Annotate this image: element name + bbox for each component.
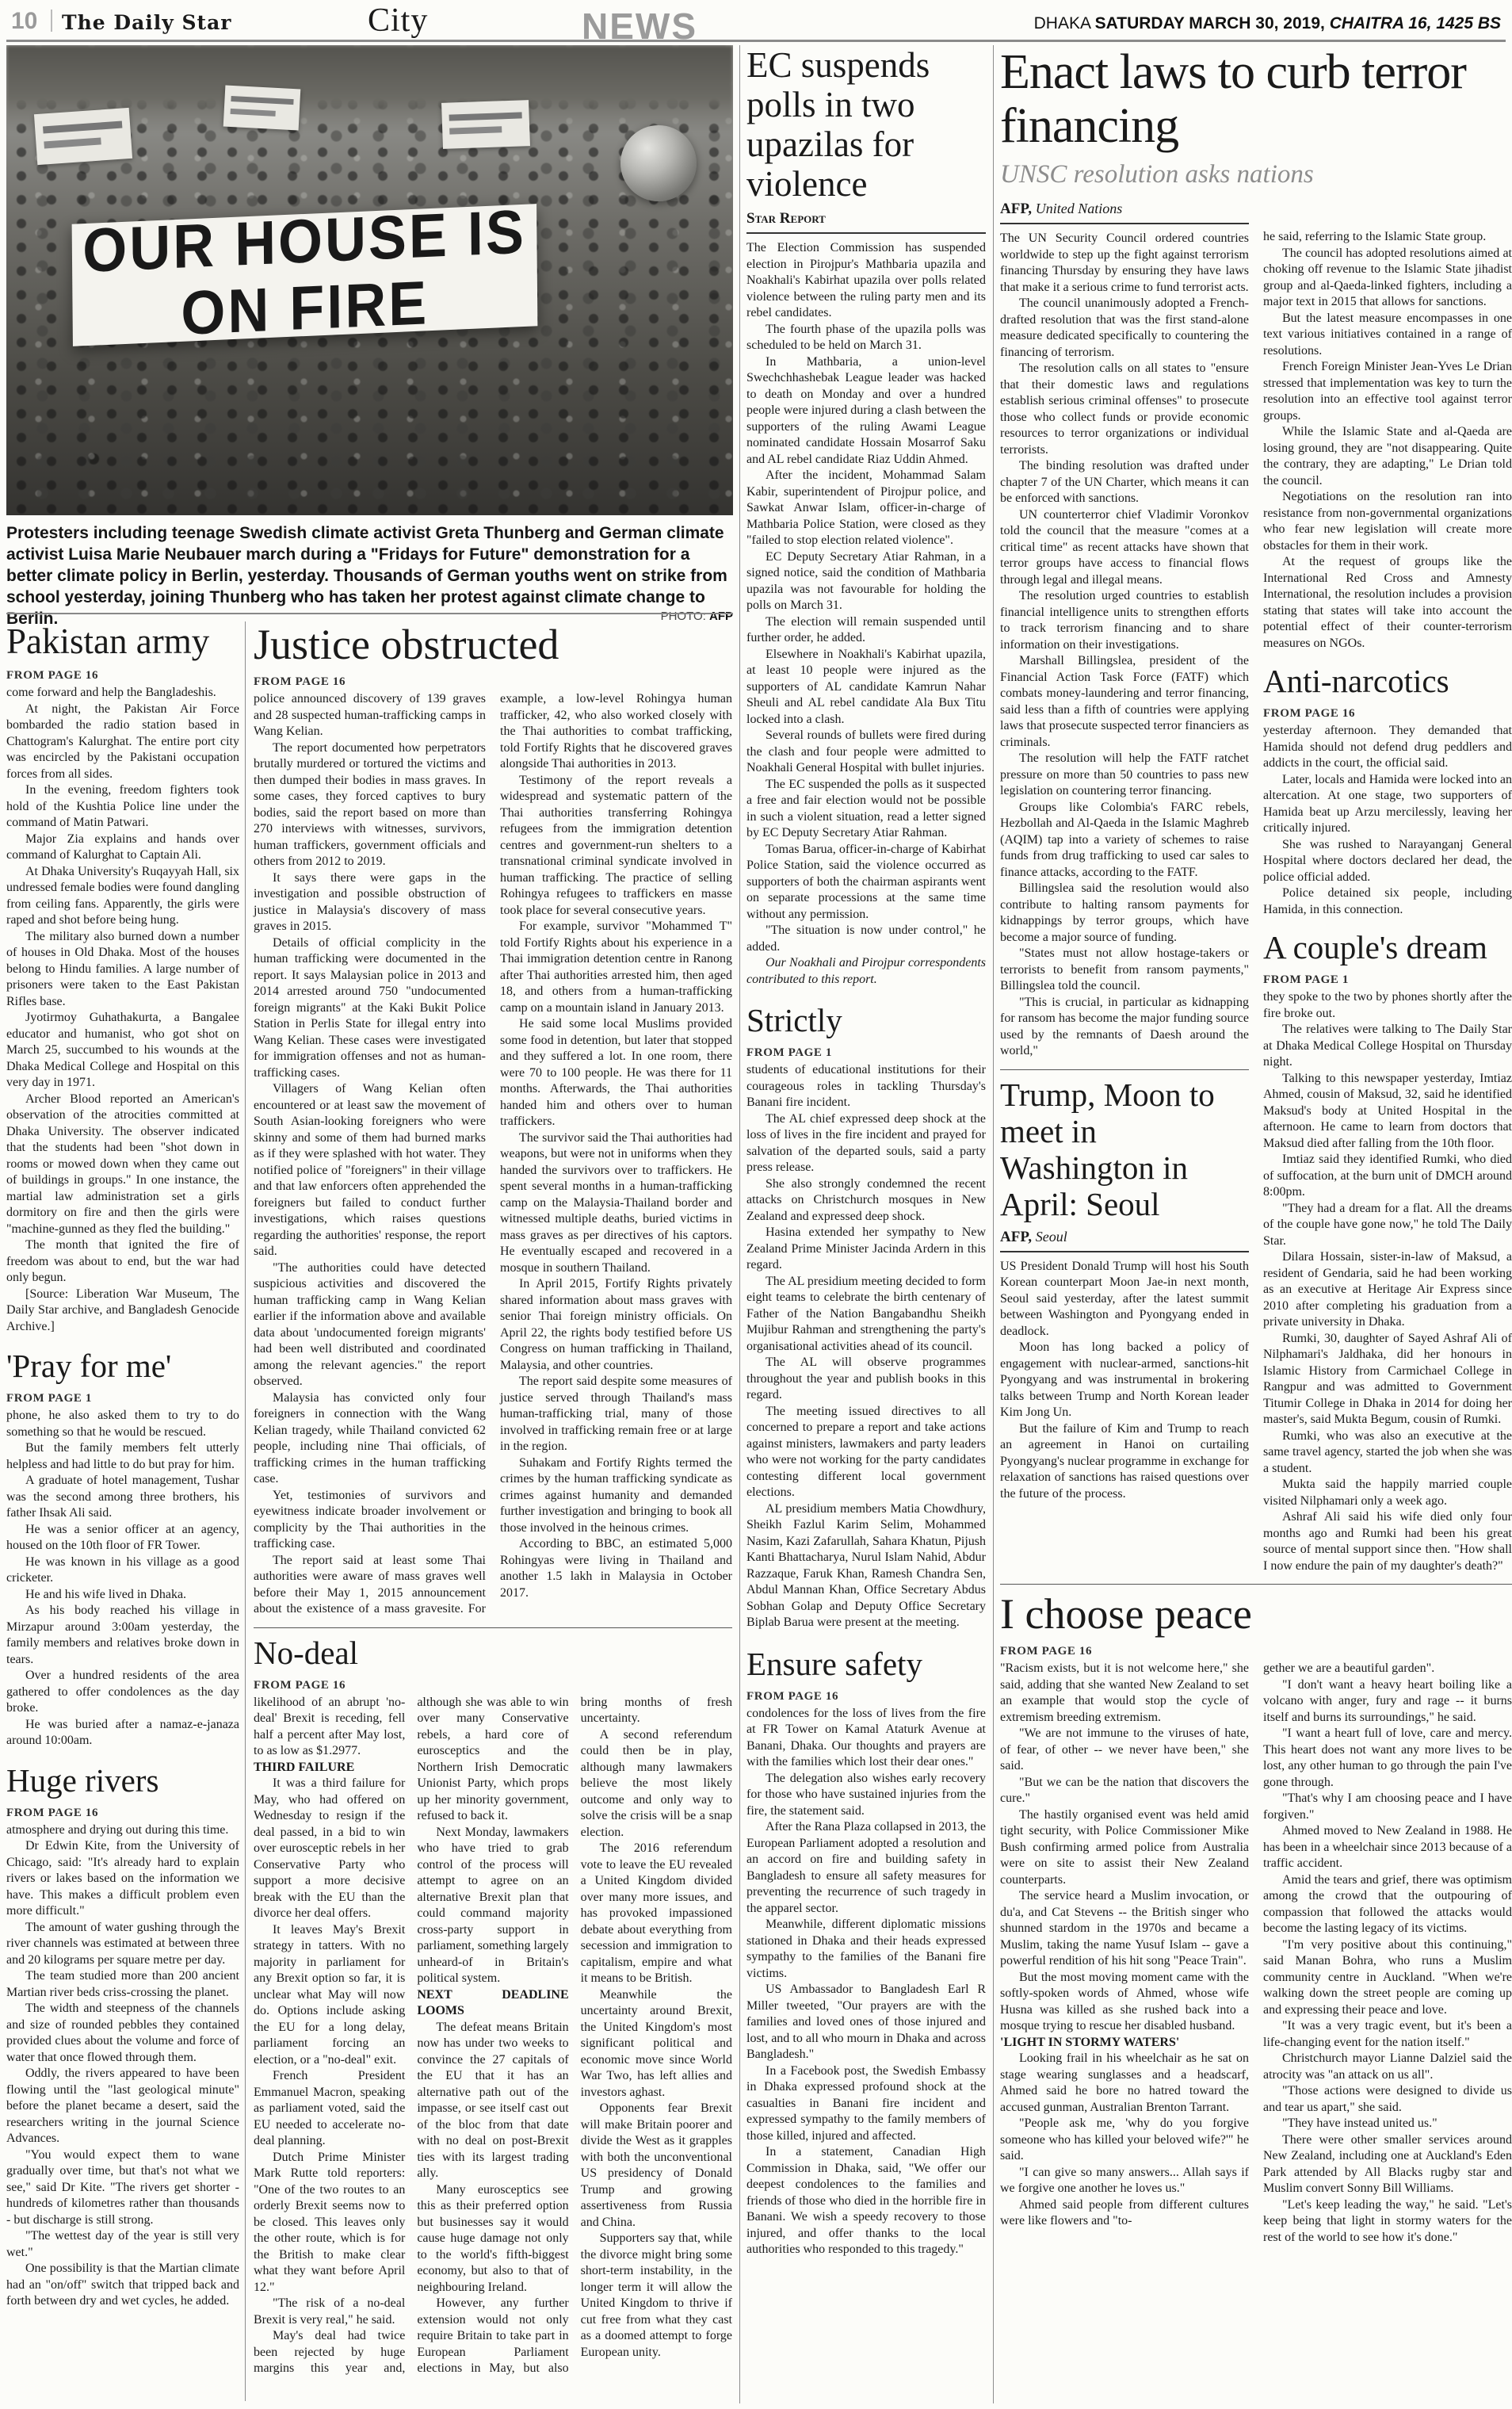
article-paragraph: At night, the Pakistan Air Force bombard… [6,702,239,783]
article-paragraph: He was buried after a namaz-e-janaza aro… [6,1717,239,1749]
article-paragraph: She was rushed to Narayanganj General Ho… [1263,837,1512,886]
article-paragraph: At the request of groups like the Intern… [1263,554,1512,652]
article-huge-rivers: Huge rivers FROM PAGE 16 atmosphere and … [6,1762,239,2310]
header-divider [51,10,52,32]
article-paragraph: The service heard a Muslim invocation, o… [1000,1888,1249,1970]
article-ensure-safety: Ensure safety FROM PAGE 16 condolences f… [746,1646,986,2258]
article-paragraph: He and his wife lived in Dhaka. [6,1587,239,1604]
article-paragraph: A graduate of hotel management, Tushar w… [6,1473,239,1522]
article-paragraph: students of educational institutions for… [746,1062,986,1111]
article-paragraph: Ahmed moved to New Zealand in 1988. He h… [1263,1823,1512,1872]
article-body: they spoke to the two by phones shortly … [1263,989,1512,1574]
article-paragraph: Hasina extended her sympathy to New Zeal… [746,1225,986,1274]
page-header: 10 The Daily Star City NEWS DHAKA SATURD… [11,3,1501,40]
article-paragraph: The relatives were talking to The Daily … [1263,1022,1512,1071]
article-body: come forward and help the Bangladeshis.A… [6,685,239,1335]
article-body: condolences for the loss of lives from t… [746,1706,986,2258]
byline-place: United Nations [1036,201,1123,216]
article-trump-moon: Trump, Moon to meet in Washington in Apr… [1000,1076,1249,1503]
article-body: atmosphere and drying out during this ti… [6,1822,239,2310]
article-paragraph: He said some local Muslims provided some… [500,1016,732,1130]
article-paragraph: "The situation is now under control," he… [746,923,986,955]
article-paragraph: As his body reached his village in Mirza… [6,1603,239,1668]
byline: Star Report [746,204,986,234]
newspaper-page: 10 The Daily Star City NEWS DHAKA SATURD… [0,0,1512,2409]
from-page-note: FROM PAGE 16 [1263,707,1512,721]
article-paragraph: Over a hundred residents of the area gat… [6,1668,239,1717]
article-paragraph: The Election Commission has suspended el… [746,240,986,322]
article-paragraph: The report said despite some measures of… [500,1374,732,1455]
article-paragraph: But the family members felt utterly help… [6,1440,239,1473]
article-paragraph: [Source: Liberation War Museum, The Dail… [6,1287,239,1336]
article-paragraph: Jyotirmoy Guhathakurta, a Bangalee educa… [6,1010,239,1092]
article-paragraph: EC Deputy Secretary Atiar Rahman, in a s… [746,549,986,614]
article-paragraph: But the latest measure encompasses in on… [1263,311,1512,360]
article-paragraph: But the failure of Kim and Trump to reac… [1000,1421,1249,1503]
article-paragraph: Tomas Barua, officer-in-charge of Kabirh… [746,842,986,923]
article-paragraph: Billingslea said the resolution would al… [1000,881,1249,946]
article-paragraph: "The wettest day of the year is still ve… [6,2228,239,2261]
caption-rule [6,613,733,614]
article-paragraph: The meeting issued directives to all con… [746,1404,986,1501]
article-paragraph: "It was a very tragic event, but it's be… [1263,2018,1512,2051]
byline-place: Seoul [1036,1229,1067,1245]
article-paragraph: 'LIGHT IN STORMY WATERS' [1000,2035,1249,2051]
column-rule [739,45,740,2403]
article-paragraph: After the Rana Plaza collapsed in 2013, … [746,1819,986,1917]
subheadline: UNSC resolution asks nations [1000,159,1512,189]
article-paragraph: The AL chief expressed deep shock at the… [746,1111,986,1176]
article-paragraph: "I don't want a heavy heart boiling like… [1263,1677,1512,1726]
byline: AFP, United Nations [1000,194,1249,224]
placard-sign [34,108,132,165]
from-page-note: FROM PAGE 16 [1000,1645,1512,1658]
article-paragraph: The delegation also wishes early recover… [746,1771,986,1820]
article-paragraph: Marshall Billingslea, president of the F… [1000,653,1249,751]
article-paragraph: Police detained six people, including Ha… [1263,885,1512,918]
article-ec-suspends: EC suspends polls in two upazilas for vi… [746,45,986,988]
article-body: likelihood of an abrupt 'no-deal' Brexit… [254,1695,732,2377]
article-paragraph: yesterday afternoon. They demanded that … [1263,723,1512,772]
article-body: he said, referring to the Islamic State … [1263,229,1512,652]
article-paragraph: "People ask me, 'why do you forgive some… [1000,2116,1249,2165]
article-paragraph: Archer Blood reported an American's obse… [6,1092,239,1238]
article-paragraph: Yet, testimonies of survivors and eyewit… [254,1488,486,1553]
article-paragraph: He was known in his village as a good cr… [6,1554,239,1587]
article-paragraph: come forward and help the Bangladeshis. [6,685,239,702]
article-paragraph: The UN Security Council ordered countrie… [1000,231,1249,296]
article-body: phone, he also asked them to try to do s… [6,1408,239,1749]
article-paragraph: Testimony of the report reveals a widesp… [500,773,732,920]
article-paragraph: "They have instead united us." [1263,2116,1512,2132]
article-paragraph: UN counterterror chief Vladimir Voronkov… [1000,507,1249,589]
article-paragraph: Several rounds of bullets were fired dur… [746,728,986,777]
article-paragraph: "But we can be the nation that discovers… [1000,1775,1249,1807]
peace-col-2: gether we are a beautiful garden"."I don… [1263,1661,1512,2246]
article-body: The Election Commission has suspended el… [746,240,986,988]
article-paragraph: The AL will observe programmes throughou… [746,1355,986,1404]
article-paragraph: According to BBC, an estimated 5,000 Roh… [500,1536,732,1601]
dateline: DHAKA SATURDAY MARCH 30, 2019, CHAITRA 1… [1034,14,1501,33]
article-paragraph: The council has adopted resolutions aime… [1263,246,1512,311]
enact-col-1: AFP, United Nations The UN Security Coun… [1000,194,1249,1574]
article-paragraph: Moon has long backed a policy of engagem… [1000,1340,1249,1421]
article-paragraph: "Let's keep leading the way," he said. "… [1263,2197,1512,2246]
from-page-note: FROM PAGE 16 [6,1807,239,1820]
article-paragraph: "You would expect them to wane gradually… [6,2147,239,2229]
middle-column: Justice obstructed FROM PAGE 16 police a… [254,621,732,2377]
article-paragraph: The fourth phase of the upazila polls wa… [746,322,986,354]
article-paragraph: The survivor said the Thai authorities h… [500,1130,732,1277]
page-number: 10 [11,8,37,35]
article-paragraph: The report documented how perpetrators b… [254,740,486,870]
article-paragraph: Meanwhile the uncertainty around Brexit,… [581,1987,732,2101]
article-paragraph: Ahmed said people from different culture… [1000,2197,1249,2230]
article-paragraph: Talking to this newspaper yesterday, Imt… [1263,1071,1512,1153]
article-paragraph: "That's why I am choosing peace and I ha… [1263,1791,1512,1823]
placard-sign [441,100,530,149]
article-paragraph: The EC suspended the polls as it suspect… [746,777,986,842]
article-body: students of educational institutions for… [746,1062,986,1631]
section-rule [1000,1069,1249,1070]
article-paragraph: police announced discovery of 139 graves… [254,691,486,740]
dateline-city: DHAKA [1034,14,1095,33]
article-paragraph: The defeat means Britain now has under t… [417,2020,568,2182]
peace-col-1: "Racism exists, but it is not welcome he… [1000,1661,1249,2246]
section-title: City [368,2,428,40]
from-page-note: FROM PAGE 1 [746,1046,986,1060]
ec-column: EC suspends polls in two upazilas for vi… [746,45,986,2258]
headline: EC suspends polls in two upazilas for vi… [746,45,986,204]
headline: Justice obstructed [254,621,732,667]
article-paragraph: Later, locals and Hamida were locked int… [1263,772,1512,837]
article-body: The UN Security Council ordered countrie… [1000,231,1249,1060]
article-paragraph: In a statement, Canadian High Commission… [746,2144,986,2258]
article-paragraph: AL presidium members Matia Chowdhury, Sh… [746,1501,986,1631]
article-paragraph: atmosphere and drying out during this ti… [6,1822,239,1839]
article-paragraph: likelihood of an abrupt 'no-deal' Brexit… [254,1695,405,1760]
article-paragraph: French President Emmanuel Macron, speaki… [254,2068,405,2150]
headline: Enact laws to curb terror financing [1000,45,1512,153]
from-page-note: FROM PAGE 16 [254,1679,732,1692]
protest-photo: OUR HOUSE IS ON FIRE [6,45,733,515]
article-paragraph: Rumki, 30, daughter of Sayed Ashraf Ali … [1263,1331,1512,1428]
article-paragraph: It says there were gaps in the investiga… [254,870,486,935]
protest-banner: OUR HOUSE IS ON FIRE [71,205,537,347]
article-paragraph: Details of official complicity in the hu… [254,935,486,1082]
article-paragraph: It was a third failure for May, who had … [254,1776,405,1922]
article-paragraph: "Those actions were designed to divide u… [1263,2083,1512,2116]
headline: Pakistan army [6,621,239,661]
headline: I choose peace [1000,1591,1512,1637]
headline: Trump, Moon to meet in Washington in Apr… [1000,1076,1249,1222]
article-paragraph: gether we are a beautiful garden". [1263,1661,1512,1677]
headline: 'Pray for me' [6,1348,239,1384]
article-anti-narcotics: Anti-narcotics FROM PAGE 16 yesterday af… [1263,663,1512,918]
headline: Anti-narcotics [1263,663,1512,699]
section-rule [254,1627,732,1628]
article-paragraph: Negotiations on the resolution ran into … [1263,489,1512,554]
article-paragraph: Dilara Hossain, sister-in-law of Maksud,… [1263,1249,1512,1331]
from-page-note: FROM PAGE 16 [254,675,732,689]
article-pakistan-army: Pakistan army FROM PAGE 16 come forward … [6,621,239,1335]
article-paragraph: The amount of water gushing through the … [6,1920,239,1969]
article-paragraph: Oddly, the rivers appeared to have been … [6,2066,239,2147]
article-paragraph: Major Zia explains and hands over comman… [6,832,239,864]
article-paragraph: "This is crucial, in particular as kidna… [1000,995,1249,1060]
header-rule [6,40,1506,42]
from-page-note: FROM PAGE 1 [6,1392,239,1405]
article-pray-for-me: 'Pray for me' FROM PAGE 1 phone, he also… [6,1348,239,1749]
article-paragraph: Villagers of Wang Kelian often encounter… [254,1081,486,1260]
article-paragraph: NEXT DEADLINE LOOMS [417,1987,568,2020]
article-paragraph: The month that ignited the fire of freed… [6,1237,239,1287]
article-paragraph: The team studied more than 200 ancient M… [6,1968,239,2001]
article-paragraph: The election will remain suspended until… [746,614,986,647]
article-paragraph: Christchurch mayor Lianne Dalziel said t… [1263,2051,1512,2083]
masthead-logo: The Daily Star [62,11,231,34]
dateline-date: SATURDAY MARCH 30, 2019, [1095,14,1330,33]
article-paragraph: US Ambassador to Bangladesh Earl R Mille… [746,1982,986,2063]
article-paragraph: they spoke to the two by phones shortly … [1263,989,1512,1022]
article-paragraph: phone, he also asked them to try to do s… [6,1408,239,1440]
article-paragraph: Many eurosceptics see this as their pref… [417,2182,568,2296]
article-paragraph: "The risk of a no-deal Brexit is very re… [254,2296,405,2328]
article-paragraph: Mukta said the happily married couple vi… [1263,1477,1512,1509]
from-page-note: FROM PAGE 16 [6,669,239,683]
from-page-note: FROM PAGE 16 [746,1690,986,1704]
photo-caption: Protesters including teenage Swedish cli… [6,522,733,623]
article-paragraph: Our Noakhali and Pirojpur correspondents… [746,955,986,988]
headline: Strictly [746,1002,986,1038]
article-paragraph: "I want a heart full of love, care and m… [1263,1726,1512,1791]
article-paragraph: In the evening, freedom fighters took ho… [6,782,239,832]
article-couples-dream: A couple's dream FROM PAGE 1 they spoke … [1263,929,1512,1574]
banner-text: OUR HOUSE IS ON FIRE [71,198,537,352]
article-paragraph: In Mathbaria, a union-level Swechchhashe… [746,354,986,468]
article-paragraph: In April 2015, Fortify Rights privately … [500,1276,732,1374]
column-rule [245,621,246,2401]
left-column: Pakistan army FROM PAGE 16 come forward … [6,621,239,2310]
article-paragraph: "I can give so many answers... Allah say… [1000,2165,1249,2197]
article-paragraph: "The authorities could have detected sus… [254,1260,486,1390]
byline: AFP, Seoul [1000,1222,1249,1252]
article-paragraph: "States must not allow hostage-takers or… [1000,946,1249,995]
article-body: US President Donald Trump will host his … [1000,1259,1249,1503]
article-body: police announced discovery of 139 graves… [254,691,732,1618]
from-page-note: FROM PAGE 1 [1263,973,1512,987]
article-paragraph: The resolution calls on all states to "e… [1000,361,1249,458]
article-paragraph: A second referendum could then be in pla… [581,1727,732,1841]
article-paragraph: US President Donald Trump will host his … [1000,1259,1249,1340]
article-paragraph: The binding resolution was drafted under… [1000,458,1249,507]
article-paragraph: After the incident, Mohammad Salam Kabir… [746,468,986,549]
article-paragraph: The council unanimously adopted a French… [1000,296,1249,361]
article-paragraph: The resolution urged countries to establ… [1000,588,1249,653]
article-paragraph: In a Facebook post, the Swedish Embassy … [746,2063,986,2145]
article-paragraph: Suhakam and Fortify Rights termed the cr… [500,1455,732,1537]
byline-agency: AFP, [1000,1229,1032,1245]
article-paragraph: THIRD FAILURE [254,1760,405,1776]
article-paragraph: Dutch Prime Minister Mark Rutte told rep… [254,2150,405,2296]
article-paragraph: She also strongly condemned the recent a… [746,1176,986,1226]
article-paragraph: condolences for the loss of lives from t… [746,1706,986,1771]
headline: Ensure safety [746,1646,986,1682]
headline: Huge rivers [6,1762,239,1799]
article-paragraph: Meanwhile, different diplomatic missions… [746,1917,986,1982]
article-paragraph: Groups like Colombia's FARC rebels, Hezb… [1000,800,1249,881]
article-paragraph: Malaysia has convicted only four foreign… [254,1390,486,1488]
article-paragraph: The 2016 referendum vote to leave the EU… [581,1841,732,1987]
article-paragraph: Opponents fear Brexit will make Britain … [581,2101,732,2231]
article-paragraph: The width and steepness of the channels … [6,2001,239,2066]
article-paragraph: While the Islamic State and al-Qaeda are… [1263,424,1512,489]
article-paragraph: Dr Edwin Kite, from the University of Ch… [6,1838,239,1920]
article-paragraph: French Foreign Minister Jean-Yves Le Dri… [1263,359,1512,424]
section-rule [1000,1584,1512,1585]
right-column: Enact laws to curb terror financing UNSC… [1000,45,1512,2246]
article-paragraph: For example, survivor "Mohammed T" told … [500,919,732,1016]
article-paragraph: Ashraf Ali said his wife died only four … [1263,1509,1512,1574]
article-enact-laws: Enact laws to curb terror financing UNSC… [1000,45,1512,2246]
article-paragraph: he said, referring to the Islamic State … [1263,229,1512,246]
article-paragraph: He was a senior officer at an agency, ho… [6,1522,239,1554]
article-i-choose-peace: I choose peace FROM PAGE 16 "Racism exis… [1000,1591,1512,2246]
article-no-deal: No-deal FROM PAGE 16 likelihood of an ab… [254,1635,732,2377]
article-paragraph: But the most moving moment came with the… [1000,1970,1249,2035]
article-paragraph: Imtiaz said they identified Rumki, who d… [1263,1152,1512,1201]
article-paragraph: "Racism exists, but it is not welcome he… [1000,1661,1249,1726]
enact-col-2: he said, referring to the Islamic State … [1263,194,1512,1574]
article-paragraph: Rumki, who was also an executive at the … [1263,1428,1512,1478]
headline: No-deal [254,1635,732,1671]
article-paragraph: Looking frail in his wheelchair as he sa… [1000,2051,1249,2116]
article-paragraph: One possibility is that the Martian clim… [6,2261,239,2310]
globe-sign [620,125,697,201]
article-strictly: Strictly FROM PAGE 1 students of educati… [746,1002,986,1631]
article-paragraph: Amid the tears and grief, there was opti… [1263,1872,1512,1937]
article-paragraph: The resolution will help the FATF ratche… [1000,751,1249,800]
article-paragraph: The military also burned down a number o… [6,929,239,1011]
placard-sign [223,86,301,131]
article-paragraph: "We are not immune to the viruses of hat… [1000,1726,1249,1775]
article-paragraph: Supporters say that, while the divorce m… [581,2231,732,2361]
article-justice-obstructed: Justice obstructed FROM PAGE 16 police a… [254,621,732,1618]
article-paragraph: "They had a dream for a flat. All the dr… [1263,1201,1512,1250]
dateline-bangla: CHAITRA 16, 1425 BS [1330,14,1501,33]
article-paragraph: Elsewhere in Noakhali's Kabirhat upazila… [746,647,986,728]
article-paragraph: The hastily organised event was held ami… [1000,1807,1249,1889]
article-paragraph: There were other smaller services around… [1263,2132,1512,2197]
article-paragraph: At Dhaka University's Ruqayyah Hall, six… [6,864,239,929]
article-body: yesterday afternoon. They demanded that … [1263,723,1512,918]
byline-agency: AFP, [1000,201,1032,217]
column-rule [993,45,994,2403]
article-paragraph: The AL presidium meeting decided to form… [746,1274,986,1356]
article-paragraph: Next Monday, lawmakers who have tried to… [417,1825,568,1987]
headline: A couple's dream [1263,929,1512,966]
article-paragraph: It leaves May's Brexit strategy in tatte… [254,1922,405,2069]
article-paragraph: "I'm very positive about this continuing… [1263,1937,1512,2019]
